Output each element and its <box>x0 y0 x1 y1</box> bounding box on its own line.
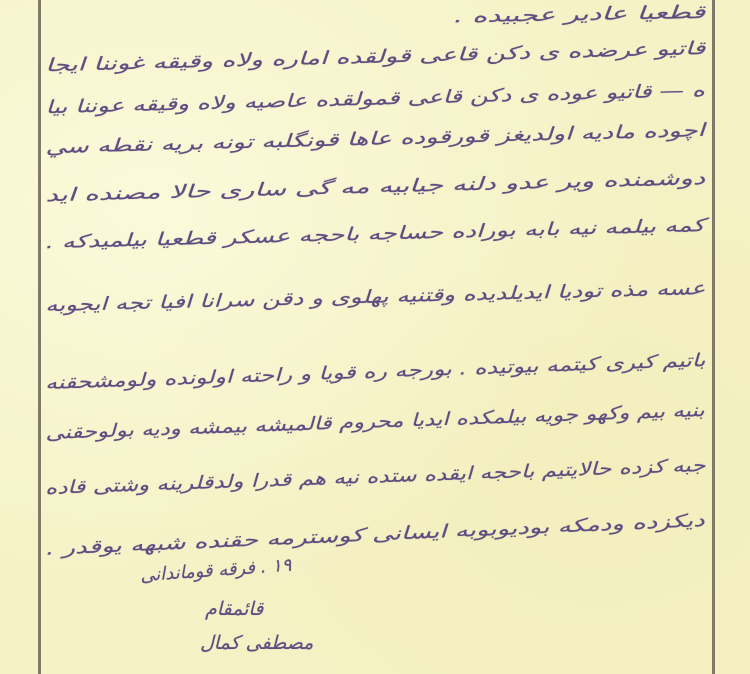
frame-right-border <box>712 0 715 674</box>
text-line-8: باتيم كيرى كيتمه بيوتيده . بورجه ره قويا… <box>44 350 705 394</box>
document-page: قطعيا عادير عجبيده . قاتيو عرضده ی دكن ق… <box>0 0 750 674</box>
frame-left-border <box>38 0 41 674</box>
text-line-9: بنيه بيم وكهو جويه بيلمكده ايديا محروم ق… <box>46 400 706 444</box>
text-line-5: دوشمنده وير عدو دلنه جيابيه مه گی ساری ح… <box>45 168 705 206</box>
signature-unit: ١٩ . فرقه قوماندانی <box>139 555 292 587</box>
text-line-2: قاتيو عرضده ی دكن قاعی قولقده اماره ولاه… <box>45 38 706 76</box>
text-line-6: كمه بيلمه نيه بابه بوراده حساجه باحجه عس… <box>46 215 706 253</box>
text-line-11: ديكزده ودمكه بوديوبوبه ايسانى كوسترمه حق… <box>46 510 706 560</box>
signature-rank: قائمقام <box>205 598 263 620</box>
text-line-1: قطعيا عادير عجبيده . <box>453 2 705 27</box>
text-line-7: عسه مذه توديا ايديلديده وقتنيه پهلوی و د… <box>45 278 706 316</box>
signature-name: مصطفى كمال <box>200 632 313 654</box>
text-line-10: جبه كزده حالايتيم باحجه ايقده ستده نيه ه… <box>44 455 705 499</box>
text-line-4: اچوده ماديه اولديغز قورقوده عاها قونگلبه… <box>45 120 705 158</box>
text-line-3: ه — قاتيو عوده ی دكن قاعی قمولقده عاصيه … <box>45 80 705 118</box>
